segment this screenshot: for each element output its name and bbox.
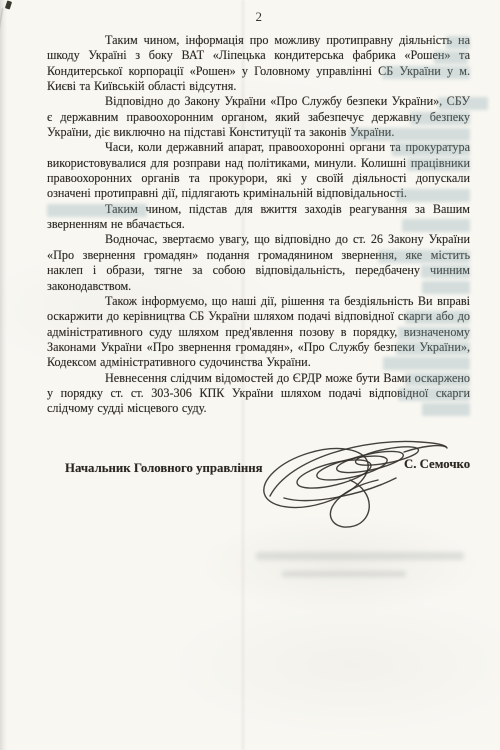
scan-artifact bbox=[378, 250, 470, 263]
scan-artifact bbox=[398, 327, 470, 340]
page-number: 2 bbox=[0, 9, 500, 25]
scan-artifact bbox=[421, 265, 470, 278]
handwritten-signature bbox=[254, 434, 450, 534]
letter-paragraph: Таким чином, інформація про можливу прот… bbox=[47, 33, 470, 94]
scan-artifact bbox=[422, 403, 470, 416]
scan-artifact bbox=[398, 388, 470, 401]
scan-artifact bbox=[402, 219, 470, 232]
letter-paragraph: Водночас, звертаємо увагу, що відповідно… bbox=[47, 232, 470, 293]
signatory-name: С. Семочко bbox=[404, 457, 470, 472]
scan-artifact bbox=[47, 204, 147, 217]
scan-smudge bbox=[282, 571, 406, 577]
scan-artifact bbox=[407, 158, 470, 171]
scan-artifact bbox=[383, 357, 470, 370]
scan-edge-shadow bbox=[0, 0, 7, 750]
scan-artifact bbox=[405, 373, 470, 386]
scan-artifact bbox=[396, 342, 470, 355]
scan-artifact bbox=[438, 97, 488, 110]
scan-artifact bbox=[350, 128, 470, 141]
scan-artifact bbox=[405, 311, 470, 324]
scanned-letter-page: 2 Таким чином, інформація про можливу пр… bbox=[0, 0, 500, 750]
scan-artifact bbox=[392, 143, 470, 156]
scan-smudge bbox=[256, 552, 464, 560]
scan-artifact bbox=[434, 51, 468, 64]
scan-artifact bbox=[422, 281, 470, 294]
scan-artifact bbox=[446, 36, 470, 49]
scan-artifact bbox=[410, 112, 470, 125]
scan-artifact bbox=[396, 189, 470, 202]
signatory-title: Начальник Головного управління bbox=[65, 461, 263, 476]
scan-artifact bbox=[382, 66, 470, 79]
